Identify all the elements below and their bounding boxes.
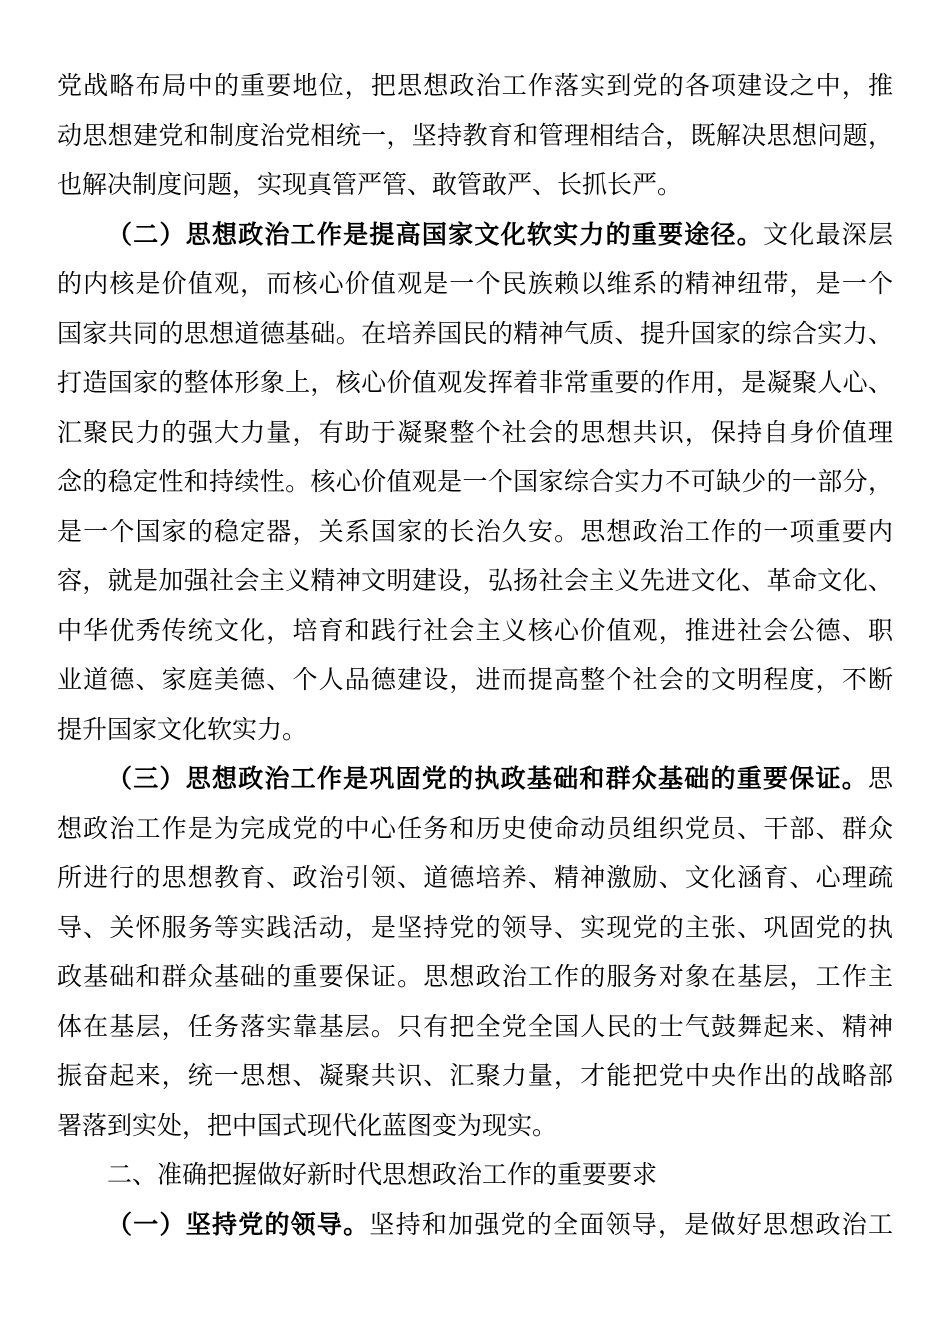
heading-part-two: 二、准确把握做好新时代思想政治工作的重要要求 [57, 1151, 893, 1201]
text-run: 业道德、家庭美德、个人品德建设，进而提高整个社会的文明程度，不断 [57, 666, 893, 694]
text-line: 国家共同的思想道德基础。在培养国民的精神气质、提升国家的综合实力、 [57, 310, 893, 360]
text-line: （一）坚持党的领导。坚持和加强党的全面领导，是做好思想政治工 [57, 1201, 893, 1251]
text-run: 的内核是价值观，而核心价值观是一个民族赖以维系的精神纽带，是一个 [57, 270, 893, 298]
bold-text-run: （三）思想政治工作是巩固党的执政基础和群众基础的重要保证。 [107, 765, 868, 793]
text-run: 党战略布局中的重要地位，把思想政治工作落实到党的各项建设之中，推 [57, 72, 893, 100]
text-line: 是一个国家的稳定器，关系国家的长治久安。思想政治工作的一项重要内 [57, 508, 893, 558]
text-run: 汇聚民力的强大力量，有助于凝聚整个社会的思想共识，保持自身价值理 [57, 419, 893, 447]
text-line: 业道德、家庭美德、个人品德建设，进而提高整个社会的文明程度，不断 [57, 656, 893, 706]
text-run: 二、准确把握做好新时代思想政治工作的重要要求 [107, 1161, 657, 1189]
paragraph-continuation: 党战略布局中的重要地位，把思想政治工作落实到党的各项建设之中，推动思想建党和制度… [57, 62, 893, 211]
text-line: 二、准确把握做好新时代思想政治工作的重要要求 [57, 1151, 893, 1201]
bold-text-run: （二）思想政治工作是提高国家文化软实力的重要途径。 [107, 221, 763, 249]
text-line: 党战略布局中的重要地位，把思想政治工作落实到党的各项建设之中，推 [57, 62, 893, 112]
text-line: 打造国家的整体形象上，核心价值观发挥着非常重要的作用，是凝聚人心、 [57, 359, 893, 409]
bold-text-run: （一）坚持党的领导。 [107, 1211, 369, 1239]
text-run: 提升国家文化软实力。 [57, 716, 307, 744]
text-run: 坚持和加强党的全面领导，是做好思想政治工 [369, 1211, 893, 1239]
text-line: 也解决制度问题，实现真管严管、敢管敢严、长抓长严。 [57, 161, 893, 211]
text-run: 文化最深层 [763, 221, 893, 249]
text-run: 想政治工作是为完成党的中心任务和历史使命动员组织党员、干部、群众 [57, 815, 893, 843]
text-line: 想政治工作是为完成党的中心任务和历史使命动员组织党员、干部、群众 [57, 805, 893, 855]
text-line: 的内核是价值观，而核心价值观是一个民族赖以维系的精神纽带，是一个 [57, 260, 893, 310]
text-run: 中华优秀传统文化，培育和践行社会主义核心价值观，推进社会公德、职 [57, 617, 893, 645]
text-line: 容，就是加强社会主义精神文明建设，弘扬社会主义先进文化、革命文化、 [57, 557, 893, 607]
text-run: 念的稳定性和持续性。核心价值观是一个国家综合实力不可缺少的一部分， [57, 468, 893, 496]
text-line: 政基础和群众基础的重要保证。思想政治工作的服务对象在基层，工作主 [57, 953, 893, 1003]
text-run: 动思想建党和制度治党相统一，坚持教育和管理相结合，既解决思想问题， [57, 122, 893, 150]
text-line: （三）思想政治工作是巩固党的执政基础和群众基础的重要保证。思 [57, 755, 893, 805]
document-body: 党战略布局中的重要地位，把思想政治工作落实到党的各项建设之中，推动思想建党和制度… [0, 0, 950, 1250]
document-page: 党战略布局中的重要地位，把思想政治工作落实到党的各项建设之中，推动思想建党和制度… [0, 0, 950, 1344]
text-line: 导、关怀服务等实践活动，是坚持党的领导、实现党的主张、巩固党的执 [57, 904, 893, 954]
text-line: 提升国家文化软实力。 [57, 706, 893, 756]
text-line: 署落到实处，把中国式现代化蓝图变为现实。 [57, 1102, 893, 1152]
text-run: 政基础和群众基础的重要保证。思想政治工作的服务对象在基层，工作主 [57, 963, 893, 991]
text-run: 也解决制度问题，实现真管严管、敢管敢严、长抓长严。 [57, 171, 682, 199]
text-line: 体在基层，任务落实靠基层。只有把全党全国人民的士气鼓舞起来、精神 [57, 1003, 893, 1053]
text-run: 国家共同的思想道德基础。在培养国民的精神气质、提升国家的综合实力、 [57, 320, 893, 348]
text-run: 打造国家的整体形象上，核心价值观发挥着非常重要的作用，是凝聚人心、 [57, 369, 893, 397]
text-run: 是一个国家的稳定器，关系国家的长治久安。思想政治工作的一项重要内 [57, 518, 893, 546]
text-line: 所进行的思想教育、政治引领、道德培养、精神激励、文化涵育、心理疏 [57, 854, 893, 904]
paragraph-section-three: （三）思想政治工作是巩固党的执政基础和群众基础的重要保证。思想政治工作是为完成党… [57, 755, 893, 1151]
text-line: 汇聚民力的强大力量，有助于凝聚整个社会的思想共识，保持自身价值理 [57, 409, 893, 459]
text-line: 振奋起来，统一思想、凝聚共识、汇聚力量，才能把党中央作出的战略部 [57, 1052, 893, 1102]
text-run: 所进行的思想教育、政治引领、道德培养、精神激励、文化涵育、心理疏 [57, 864, 893, 892]
text-line: 念的稳定性和持续性。核心价值观是一个国家综合实力不可缺少的一部分， [57, 458, 893, 508]
text-line: （二）思想政治工作是提高国家文化软实力的重要途径。文化最深层 [57, 211, 893, 261]
text-run: 振奋起来，统一思想、凝聚共识、汇聚力量，才能把党中央作出的战略部 [57, 1062, 893, 1090]
text-run: 容，就是加强社会主义精神文明建设，弘扬社会主义先进文化、革命文化、 [57, 567, 893, 595]
paragraph-section-one: （一）坚持党的领导。坚持和加强党的全面领导，是做好思想政治工 [57, 1201, 893, 1251]
paragraph-section-two: （二）思想政治工作是提高国家文化软实力的重要途径。文化最深层的内核是价值观，而核… [57, 211, 893, 756]
text-run: 导、关怀服务等实践活动，是坚持党的领导、实现党的主张、巩固党的执 [57, 914, 893, 942]
text-run: 体在基层，任务落实靠基层。只有把全党全国人民的士气鼓舞起来、精神 [57, 1013, 893, 1041]
text-run: 署落到实处，把中国式现代化蓝图变为现实。 [57, 1112, 557, 1140]
text-run: 思 [868, 765, 893, 793]
text-line: 动思想建党和制度治党相统一，坚持教育和管理相结合，既解决思想问题， [57, 112, 893, 162]
text-line: 中华优秀传统文化，培育和践行社会主义核心价值观，推进社会公德、职 [57, 607, 893, 657]
